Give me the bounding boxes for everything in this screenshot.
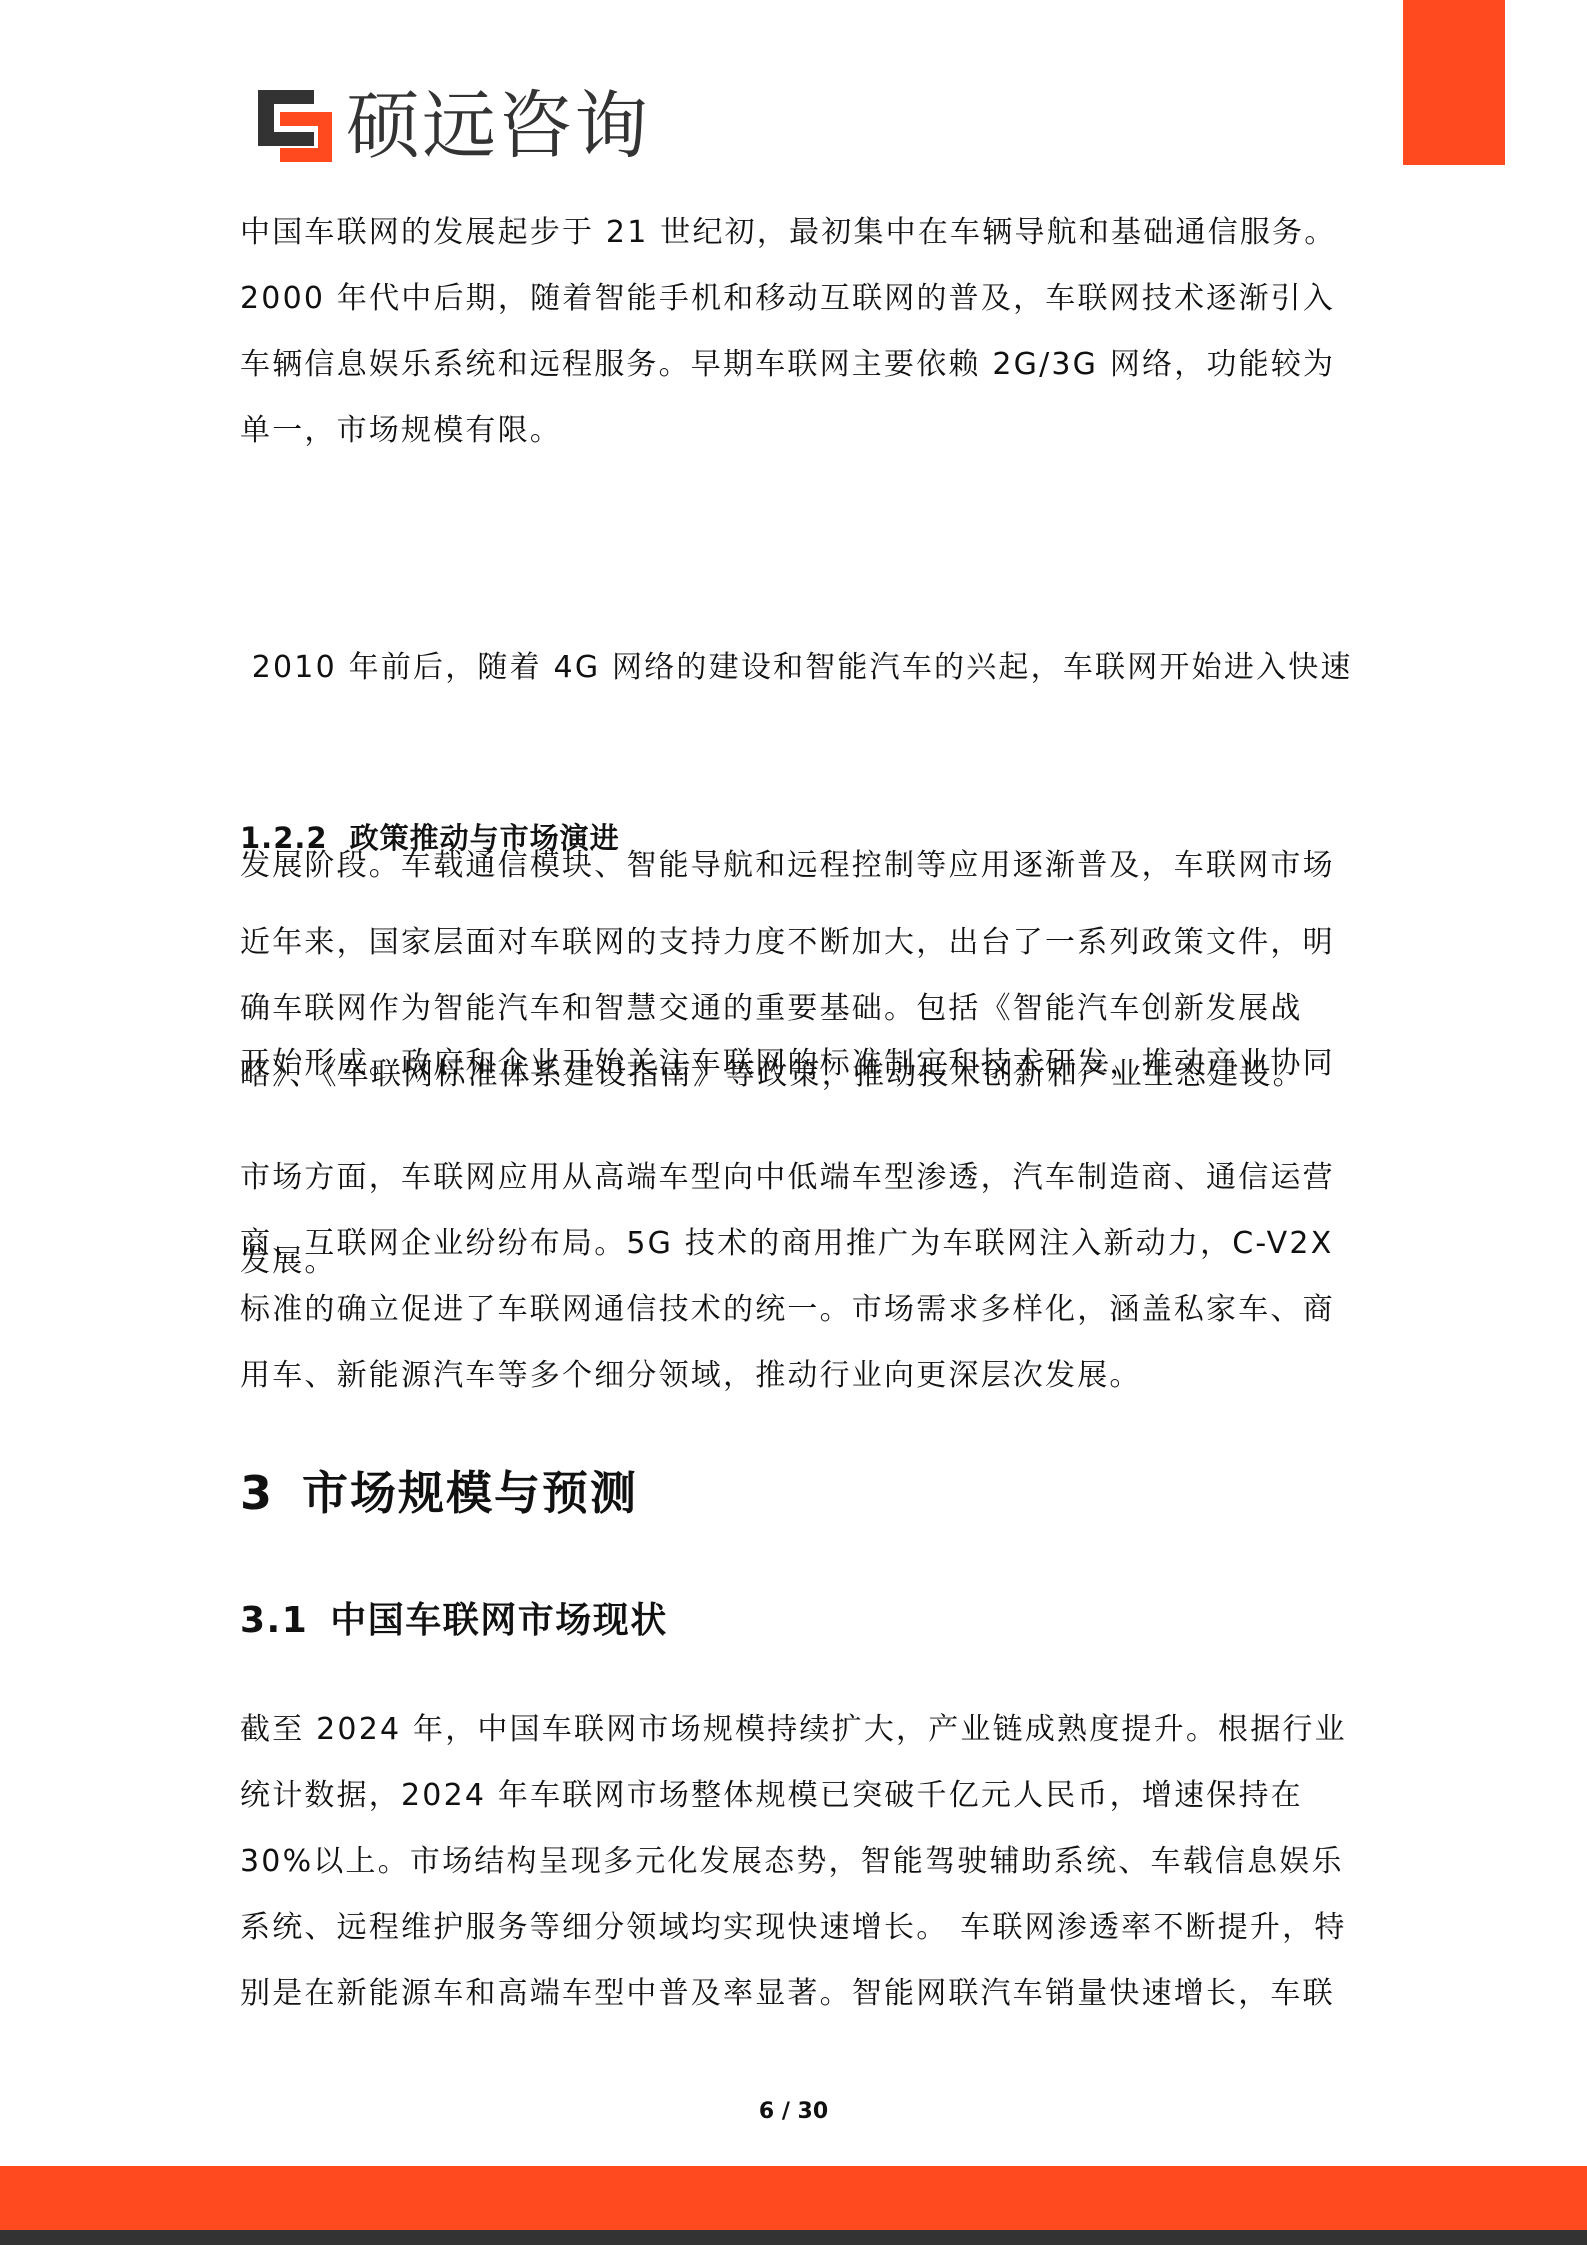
paragraph-market-evolution: 市场方面，车联网应用从高端车型向中低端车型渗透，汽车制造商、通信运营 商、互联网… [240,1145,1350,1409]
s-block-logo-icon [258,90,332,162]
heading-number: 3 [240,1466,274,1520]
chapter-heading-3: 3市场规模与预测 [240,1463,638,1523]
text-line: 近年来，国家层面对车联网的支持力度不断加大，出台了一系列政策文件，明 [240,910,1350,976]
text-line: 别是在新能源车和高端车型中普及率显著。智能网联汽车销量快速增长，车联 [240,1961,1350,2027]
heading-title: 中国车联网市场现状 [330,1600,668,1641]
text-line: 标准的确立促进了车联网通信技术的统一。市场需求多样化，涵盖私家车、商 [240,1277,1350,1343]
text-line: 中国车联网的发展起步于 21 世纪初，最初集中在车辆导航和基础通信服务。 [240,200,1350,266]
heading-number: 1.2.2 [240,821,328,855]
heading-title: 政策推动与市场演进 [350,821,620,855]
text-line: 略》、《车联网标准体系建设指南》等政策，推动技术创新和产业生态建设。 [240,1042,1350,1108]
footer-accent-bar [0,2166,1587,2230]
company-name: 硕远咨询 [346,88,650,164]
paragraph-policy: 近年来，国家层面对车联网的支持力度不断加大，出台了一系列政策文件，明 确车联网作… [240,910,1350,1108]
text-line: 商、互联网企业纷纷布局。5G 技术的商用推广为车联网注入新动力，C-V2X [240,1211,1350,1277]
text-line: 市场方面，车联网应用从高端车型向中低端车型渗透，汽车制造商、通信运营 [240,1145,1350,1211]
text-line: 确车联网作为智能汽车和智慧交通的重要基础。包括《智能汽车创新发展战 [240,976,1350,1042]
heading-number: 3.1 [240,1600,308,1641]
text-line: 2010 年前后，随着 4G 网络的建设和智能汽车的兴起，车联网开始进入快速 [240,635,1350,701]
heading-title: 市场规模与预测 [302,1466,638,1520]
text-line: 统计数据，2024 年车联网市场整体规模已突破千亿元人民币，增速保持在 [240,1763,1350,1829]
text-line: 系统、远程维护服务等细分领域均实现快速增长。 车联网渗透率不断提升，特 [240,1895,1350,1961]
footer-dark-strip [0,2230,1587,2245]
text-line: 用车、新能源汽车等多个细分领域，推动行业向更深层次发展。 [240,1343,1350,1409]
section-heading-1-2-2: 1.2.2政策推动与市场演进 [240,818,620,858]
section-heading-3-1: 3.1中国车联网市场现状 [240,1596,668,1646]
page-number: 6 / 30 [0,2097,1587,2127]
corner-accent-block [1403,0,1505,165]
paragraph-history-early: 中国车联网的发展起步于 21 世纪初，最初集中在车辆导航和基础通信服务。 200… [240,200,1350,464]
paragraph-market-status: 截至 2024 年，中国车联网市场规模持续扩大，产业链成熟度提升。根据行业 统计… [240,1697,1350,2027]
text-line: 2000 年代中后期，随着智能手机和移动互联网的普及，车联网技术逐渐引入 [240,266,1350,332]
text-line: 单一，市场规模有限。 [240,398,1350,464]
text-line: 车辆信息娱乐系统和远程服务。早期车联网主要依赖 2G/3G 网络，功能较为 [240,332,1350,398]
text-line: 截至 2024 年，中国车联网市场规模持续扩大，产业链成熟度提升。根据行业 [240,1697,1350,1763]
text-line: 30%以上。市场结构呈现多元化发展态势，智能驾驶辅助系统、车载信息娱乐 [240,1829,1350,1895]
company-logo: 硕远咨询 [258,88,650,164]
